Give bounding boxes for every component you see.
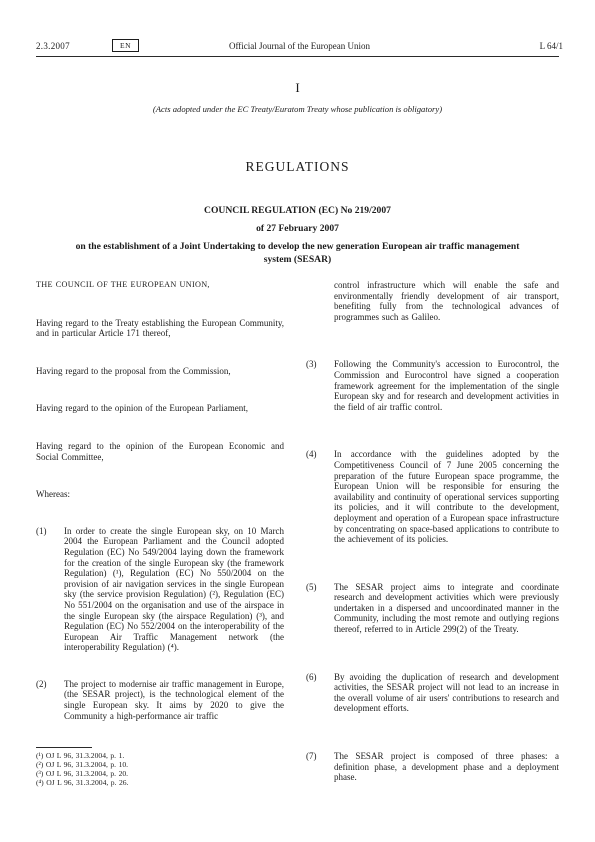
recital-2: (2) The project to modernise air traffic… (36, 679, 284, 721)
recital-2-continuation: control infrastructure which will enable… (306, 280, 559, 322)
recital-5-text: The SESAR project aims to integrate and … (334, 582, 559, 635)
body-columns: THE COUNCIL OF THE EUROPEAN UNION, Havin… (36, 280, 559, 820)
section-numeral: I (0, 80, 595, 96)
recital-4-text: In accordance with the guidelines adopte… (334, 449, 559, 544)
citation-parliament-opinion: Having regard to the opinion of the Euro… (36, 403, 284, 414)
page-reference: L 64/1 (540, 41, 563, 51)
recital-6-text: By avoiding the duplication of research … (334, 672, 559, 714)
page-header: 2.3.2007 EN Official Journal of the Euro… (36, 40, 563, 54)
whereas-label: Whereas: (36, 489, 284, 500)
recital-3-number: (3) (306, 359, 334, 412)
citation-treaty: Having regard to the Treaty establishing… (36, 318, 284, 339)
right-column: control infrastructure which will enable… (306, 280, 559, 820)
recital-3-text: Following the Community's accession to E… (334, 359, 559, 412)
footnote-3: (³) OJ L 96, 31.3.2004, p. 20. (36, 769, 284, 778)
document-page: 2.3.2007 EN Official Journal of the Euro… (0, 0, 595, 842)
footnote-divider (36, 747, 92, 748)
recital-4: (4) In accordance with the guidelines ad… (306, 449, 559, 544)
journal-title: Official Journal of the European Union (36, 41, 563, 51)
recital-7-number: (7) (306, 751, 334, 783)
footnote-4: (⁴) OJ L 96, 31.3.2004, p. 26. (36, 778, 284, 787)
citation-commission-proposal: Having regard to the proposal from the C… (36, 366, 284, 377)
recital-2-number: (2) (36, 679, 64, 721)
footnote-2: (²) OJ L 96, 31.3.2004, p. 10. (36, 760, 284, 769)
recital-1-number: (1) (36, 526, 64, 653)
recital-3: (3) Following the Community's accession … (306, 359, 559, 412)
preamble-opening: THE COUNCIL OF THE EUROPEAN UNION, (36, 280, 284, 291)
regulation-date-line: of 27 February 2007 (0, 223, 595, 234)
recital-1: (1) In order to create the single Europe… (36, 526, 284, 653)
recital-1-text: In order to create the single European s… (64, 526, 284, 653)
recital-6: (6) By avoiding the duplication of resea… (306, 672, 559, 714)
footnote-1: (¹) OJ L 96, 31.3.2004, p. 1. (36, 751, 284, 760)
left-column: THE COUNCIL OF THE EUROPEAN UNION, Havin… (36, 280, 284, 820)
regulation-title: COUNCIL REGULATION (EC) No 219/2007 (0, 205, 595, 216)
regulation-subject: on the establishment of a Joint Undertak… (0, 240, 595, 266)
recital-5-number: (5) (306, 582, 334, 635)
acts-note: (Acts adopted under the EC Treaty/Eurato… (0, 104, 595, 114)
citation-eesc-opinion: Having regard to the opinion of the Euro… (36, 441, 284, 462)
regulation-subject-text: on the establishment of a Joint Undertak… (67, 240, 529, 266)
recital-6-number: (6) (306, 672, 334, 714)
recital-7: (7) The SESAR project is composed of thr… (306, 751, 559, 783)
recital-4-number: (4) (306, 449, 334, 544)
header-divider (36, 56, 559, 57)
recital-2-text: The project to modernise air traffic man… (64, 679, 284, 721)
recital-5: (5) The SESAR project aims to integrate … (306, 582, 559, 635)
footnotes-block: (¹) OJ L 96, 31.3.2004, p. 1. (²) OJ L 9… (36, 747, 284, 787)
regulations-heading: REGULATIONS (0, 159, 595, 175)
recital-7-text: The SESAR project is composed of three p… (334, 751, 559, 783)
